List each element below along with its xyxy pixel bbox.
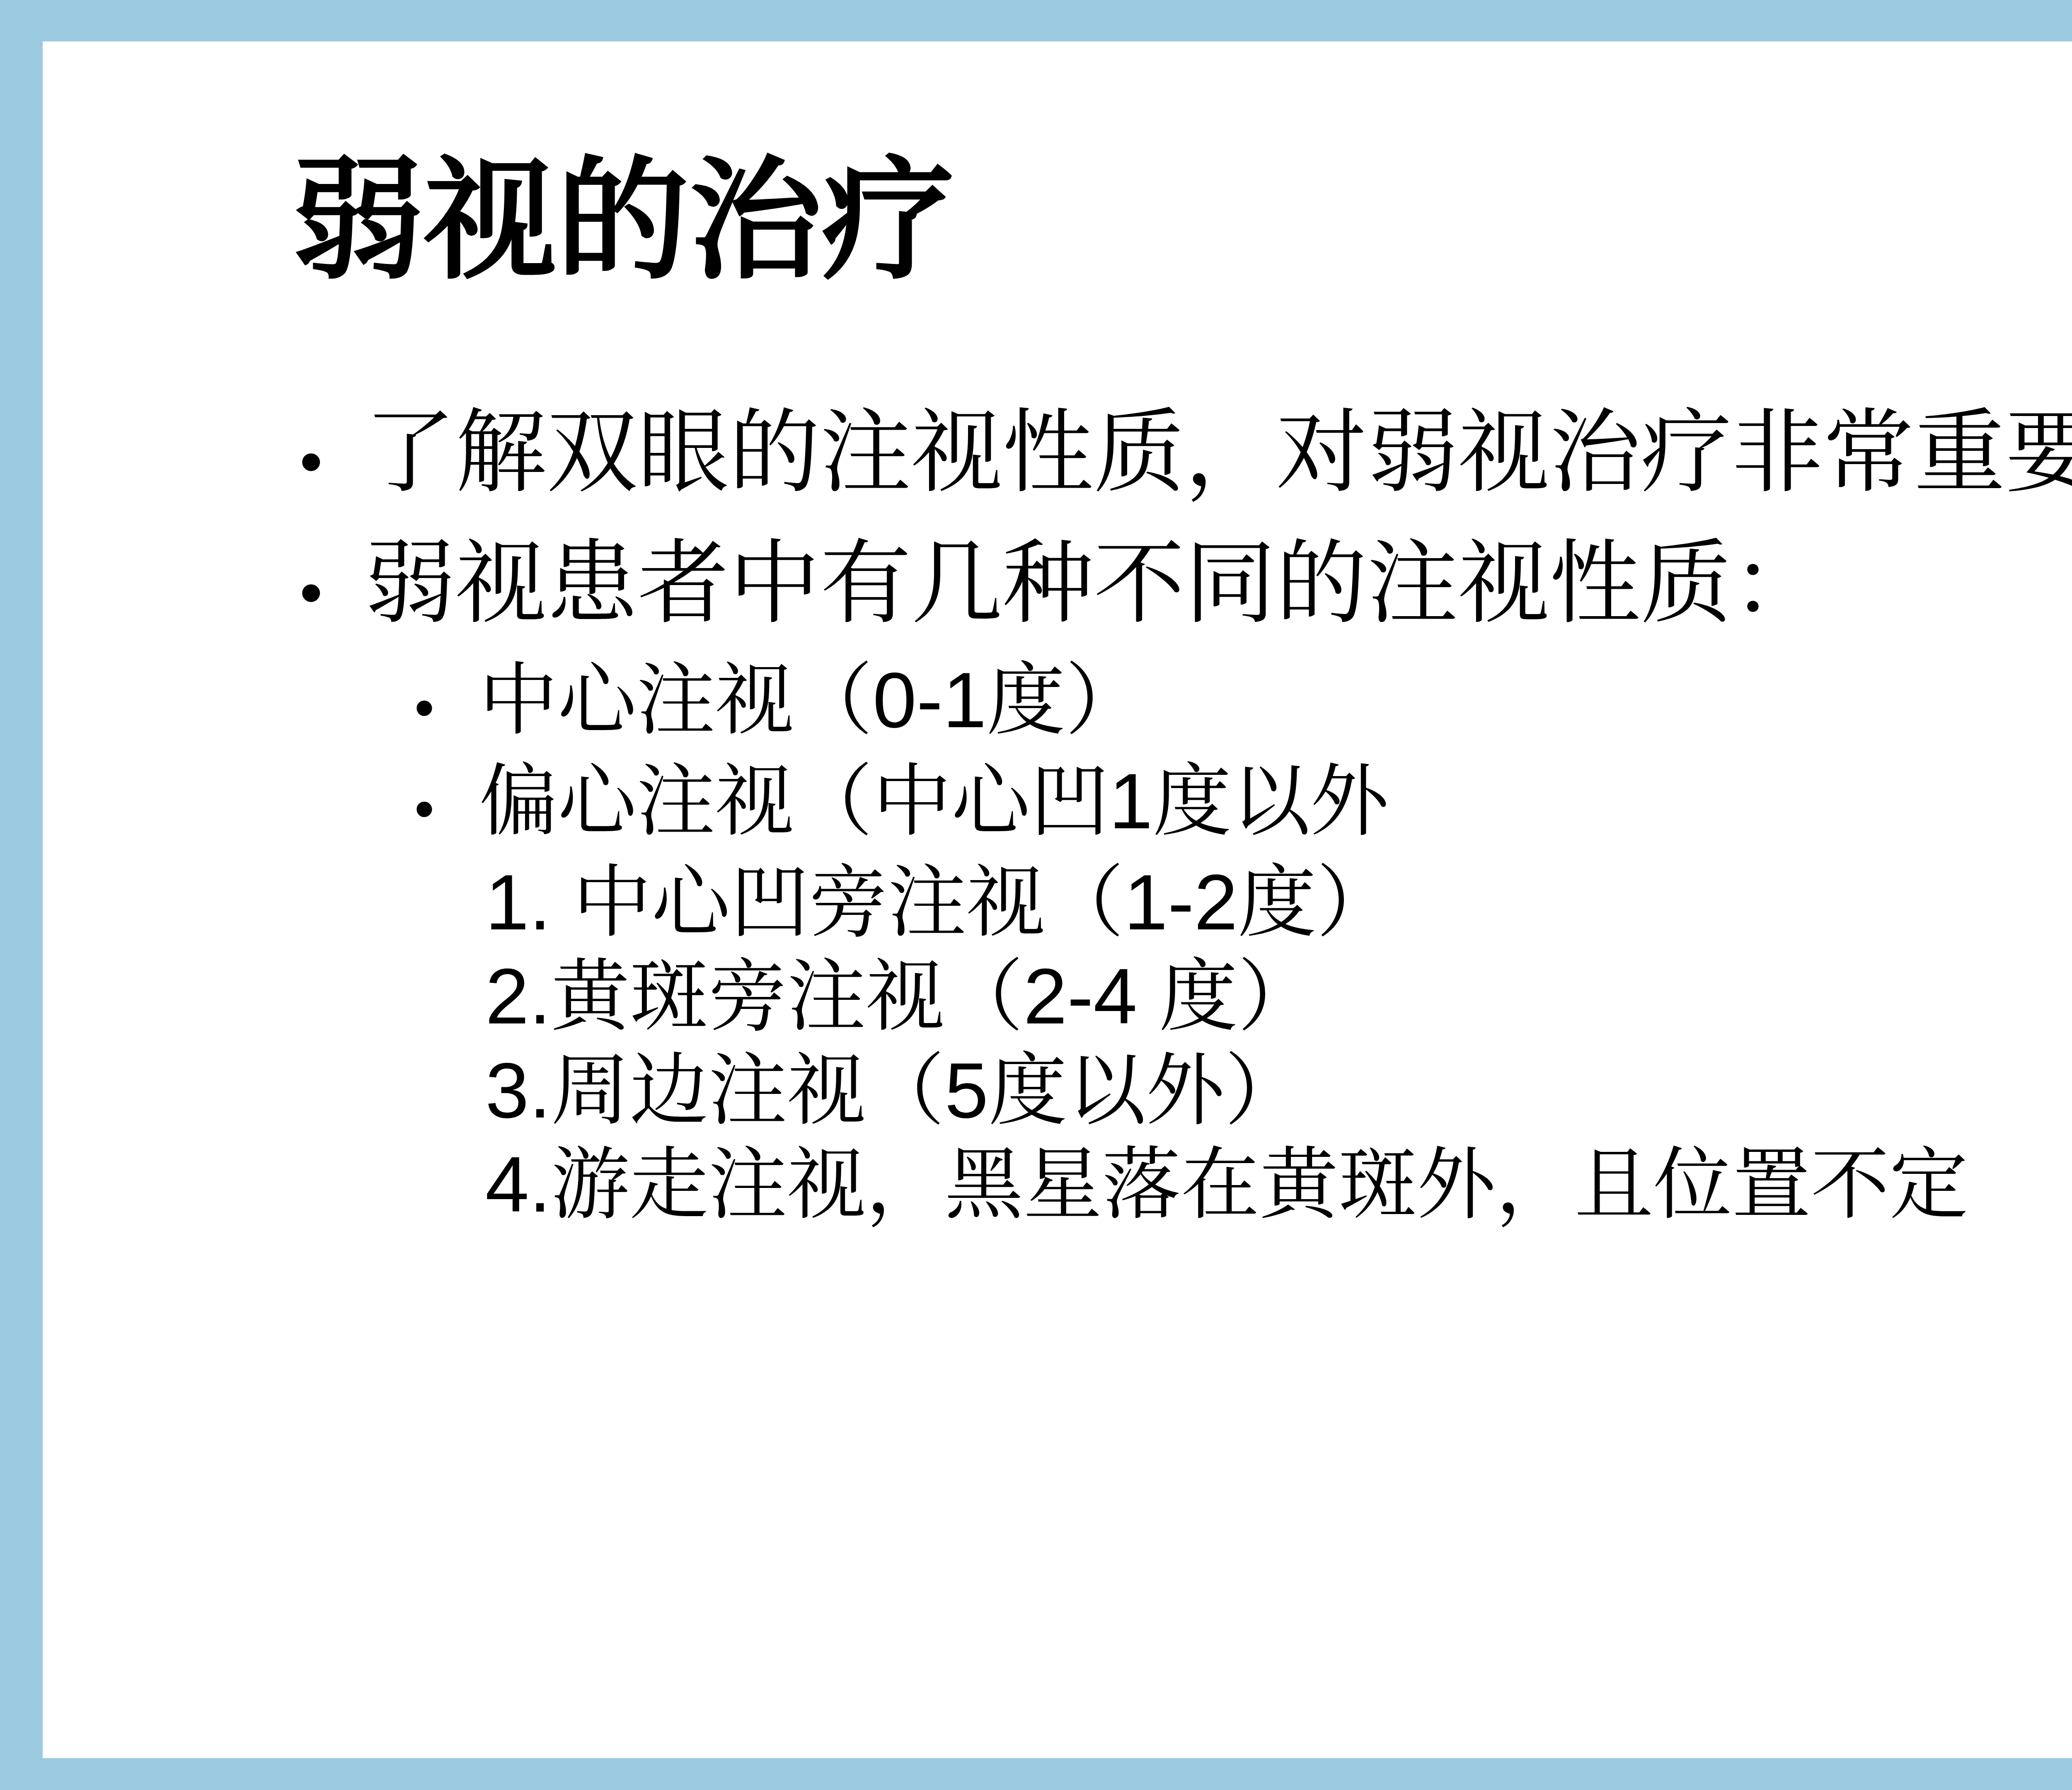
bullet-dot-icon: • — [300, 401, 364, 522]
bullet-item: •偏心注视（中心凹1度以外 — [300, 755, 2072, 856]
bullet-dot-icon: • — [300, 532, 364, 653]
slide: 弱视的治疗 •了解双眼的注视性质，对弱视治疗非常重要。 •弱视患者中有几种不同的… — [43, 41, 2072, 1758]
bullet-item: •弱视患者中有几种不同的注视性质： — [300, 522, 2072, 653]
numbered-item: 1. 中心凹旁注视（1‐2度） — [300, 856, 2072, 950]
slide-frame: { "slide": { "title": "弱视的治疗", "colors":… — [0, 0, 2072, 1790]
slide-title: 弱视的治疗 — [291, 141, 954, 300]
bullet-text: 中心注视（0‐1度） — [479, 656, 1144, 744]
bullet-dot-icon: • — [414, 660, 479, 755]
bullet-dot-icon: • — [414, 762, 479, 856]
numbered-item: 4.游走注视，黑星落在黄斑外，且位置不定 — [300, 1138, 2072, 1232]
numbered-text: 2.黄斑旁注视（2‐4 度） — [485, 953, 1317, 1040]
numbered-text: 3.周边注视（5度以外） — [485, 1047, 1303, 1134]
bullet-text: 偏心注视（中心凹1度以外 — [479, 757, 1389, 845]
bullet-text: 了解双眼的注视性质，对弱视治疗非常重要。 — [364, 402, 2072, 503]
numbered-text: 1. 中心凹旁注视（1‐2度） — [485, 859, 1395, 946]
bullet-item: •了解双眼的注视性质，对弱视治疗非常重要。 — [300, 392, 2072, 522]
numbered-item: 3.周边注视（5度以外） — [300, 1044, 2072, 1138]
numbered-item: 2.黄斑旁注视（2‐4 度） — [300, 950, 2072, 1044]
bullet-item: •中心注视（0‐1度） — [300, 653, 2072, 755]
bullet-text: 弱视患者中有几种不同的注视性质： — [364, 532, 1823, 634]
numbered-text: 4.游走注视，黑星落在黄斑外，且位置不定 — [485, 1141, 1968, 1229]
bullet-list: •了解双眼的注视性质，对弱视治疗非常重要。 •弱视患者中有几种不同的注视性质： … — [300, 392, 2072, 1232]
